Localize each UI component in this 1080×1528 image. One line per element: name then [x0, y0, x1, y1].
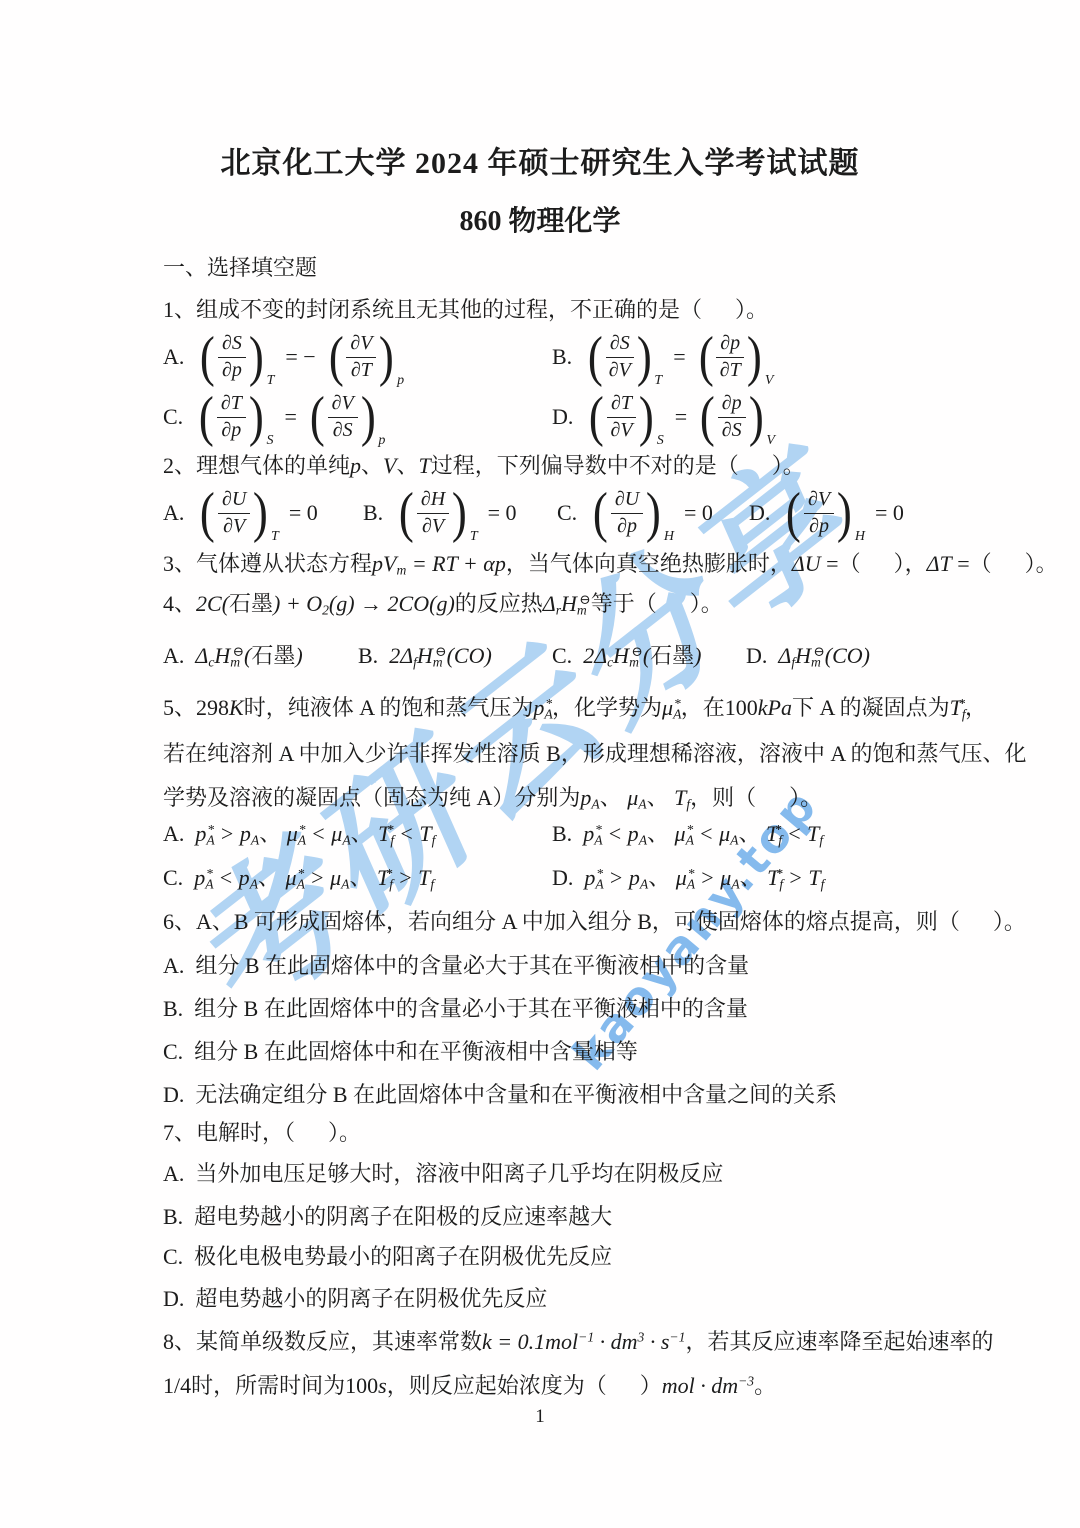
q5-option-d: D. pA* > pA、 μA* > μA、 Tf* > Tf: [552, 864, 824, 893]
q4-option-b: B. 2ΔfHm⊖(CO): [358, 642, 492, 671]
fraction: ∂p ∂T: [716, 332, 744, 382]
exam-page: 考研云分享 kaoyany.top 北京化工大学 2024 年硕士研究生入学考试…: [0, 0, 1080, 1528]
q7-option-d: D. 超电势越小的阴离子在阴极优先反应: [163, 1285, 547, 1314]
partial-derivative: ( ∂T ∂p ) S: [197, 392, 273, 442]
fraction: ∂V ∂S: [328, 392, 358, 442]
right-paren: ): [639, 395, 654, 440]
denominator: ∂V: [422, 514, 444, 539]
right-paren: ): [249, 395, 264, 440]
constraint-subscript: p: [397, 373, 404, 389]
constraint-subscript: H: [855, 529, 865, 545]
denominator: ∂V: [611, 418, 633, 443]
denominator: ∂V: [609, 358, 631, 383]
denominator: ∂S: [722, 418, 742, 443]
right-paren: ): [379, 335, 394, 380]
partial-derivative: ( ∂p ∂S ) V: [698, 392, 775, 442]
fraction: ∂p ∂S: [718, 392, 746, 442]
denominator: ∂T: [720, 358, 741, 383]
option-label: B.: [552, 344, 572, 370]
numerator: ∂S: [218, 332, 246, 358]
q1-option-a: A. ( ∂S ∂p ) T = − ( ∂V ∂T ) p: [163, 324, 404, 390]
numerator: ∂V: [346, 332, 376, 358]
q5-option-c: C. pA* < pA、 μA* > μA、 Tf* > Tf: [163, 864, 434, 893]
option-label: C.: [163, 404, 183, 430]
right-paren: ): [837, 491, 852, 536]
q2-option-b: B. ( ∂H ∂V ) T = 0: [363, 480, 517, 546]
denominator: ∂p: [617, 514, 637, 539]
q7-option-b: B. 超电势越小的阴离子在阳极的反应速率越大: [163, 1203, 612, 1232]
constraint-subscript: V: [766, 433, 775, 449]
denominator: ∂S: [333, 418, 353, 443]
partial-derivative: ( ∂U ∂p ) H: [591, 488, 674, 538]
constraint-subscript: S: [657, 433, 664, 449]
q6-option-a: A. 组分 B 在此固熔体中的含量必大于其在平衡液相中的含量: [163, 952, 749, 981]
left-paren: (: [200, 335, 215, 380]
partial-derivative: ( ∂p ∂T ) V: [697, 332, 774, 382]
q2-option-c: C. ( ∂U ∂p ) H = 0: [557, 480, 713, 546]
constraint-subscript: S: [267, 433, 274, 449]
equals-zero: = 0: [684, 500, 713, 526]
partial-derivative: ( ∂U ∂V ) T: [198, 488, 278, 538]
partial-derivative: ( ∂S ∂V ) T: [586, 332, 662, 382]
q4-option-c: C. 2ΔcHm⊖(石墨): [552, 642, 702, 671]
right-paren: ): [452, 491, 467, 536]
equals-sign: =: [285, 404, 297, 430]
q6-option-d: D. 无法确定组分 B 在此固熔体中含量和在平衡液相中含量之间的关系: [163, 1081, 837, 1110]
fraction: ∂H ∂V: [417, 488, 449, 538]
q5-option-b: B. pA* < pA、 μA* < μA、 Tf* < Tf: [552, 820, 823, 849]
partial-derivative: ( ∂V ∂T ) p: [327, 332, 404, 382]
q8-stem-line-2: 1/4时，所需时间为100s，则反应起始浓度为（ ）mol · dm−3。: [163, 1372, 776, 1401]
numerator: ∂T: [217, 392, 246, 418]
left-paren: (: [786, 491, 801, 536]
q6-option-b: B. 组分 B 在此固熔体中的含量必小于其在平衡液相中的含量: [163, 995, 748, 1024]
section-heading: 一、选择填空题: [163, 254, 317, 283]
option-label: A.: [163, 344, 184, 370]
numerator: ∂H: [417, 488, 449, 514]
fraction: ∂V ∂p: [804, 488, 834, 538]
fraction: ∂U ∂V: [218, 488, 250, 538]
q6-stem: 6、A、B 可形成固熔体，若向组分 A 中加入组分 B，可使固熔体的熔点提高，则…: [163, 908, 1026, 937]
equals-zero: = 0: [488, 500, 517, 526]
option-label: B.: [363, 500, 383, 526]
option-label: C.: [557, 500, 577, 526]
partial-derivative: ( ∂S ∂p ) T: [198, 332, 274, 382]
partial-derivative: ( ∂V ∂S ) p: [308, 392, 385, 442]
q5-option-a: A. pA* > pA、 μA* < μA、 Tf* < Tf: [163, 820, 435, 849]
fraction: ∂S ∂V: [606, 332, 634, 382]
q2-option-d: D. ( ∂V ∂p ) H = 0: [749, 480, 904, 546]
right-paren: ): [637, 335, 652, 380]
page-title: 北京化工大学 2024 年硕士研究生入学考试试题: [0, 138, 1080, 182]
left-paren: (: [310, 395, 325, 440]
q1-option-d: D. ( ∂T ∂V ) S = ( ∂p ∂S ) V: [552, 384, 775, 450]
left-paren: (: [199, 395, 214, 440]
partial-derivative: ( ∂V ∂p ) H: [784, 488, 865, 538]
equals-sign: =: [673, 344, 685, 370]
q4-option-d: D. ΔfHm⊖(CO): [746, 642, 870, 671]
numerator: ∂U: [611, 488, 643, 514]
option-label: D.: [552, 404, 573, 430]
numerator: ∂S: [606, 332, 634, 358]
q1-stem: 1、组成不变的封闭系统且无其他的过程，不正确的是（ ）。: [163, 296, 768, 325]
equals-sign: =: [675, 404, 687, 430]
constraint-subscript: p: [378, 433, 385, 449]
q5-stem-line-1: 5、298K时，纯液体 A 的饱和蒸气压为pA*，化学势为μA*，在100kPa…: [163, 694, 987, 723]
denominator: ∂p: [222, 358, 242, 383]
option-label: D.: [749, 500, 770, 526]
equals-zero: = 0: [289, 500, 318, 526]
q4-option-a: A. ΔcHm⊖(石墨): [163, 642, 303, 671]
q5-stem-line-2: 若在纯溶剂 A 中加入少许非挥发性溶质 B，形成理想稀溶液，溶液中 A 的饱和蒸…: [163, 740, 1027, 769]
q1-option-c: C. ( ∂T ∂p ) S = ( ∂V ∂S ) p: [163, 384, 385, 450]
constraint-subscript: T: [271, 529, 279, 545]
constraint-subscript: T: [470, 529, 478, 545]
right-paren: ): [747, 335, 762, 380]
left-paren: (: [329, 335, 344, 380]
q4-stem: 4、2C(石墨) + O2(g) → 2CO(g)的反应热ΔrHm⊖等于（ ）。: [163, 590, 723, 619]
denominator: ∂T: [351, 358, 372, 383]
left-paren: (: [698, 335, 713, 380]
fraction: ∂V ∂T: [346, 332, 376, 382]
fraction: ∂T ∂p: [217, 392, 246, 442]
option-label: A.: [163, 500, 184, 526]
right-paren: ): [361, 395, 376, 440]
q7-option-c: C. 极化电极电势最小的阳离子在阴极优先反应: [163, 1243, 612, 1272]
right-paren: ): [646, 491, 661, 536]
equals-zero: = 0: [875, 500, 904, 526]
q6-option-c: C. 组分 B 在此固熔体中和在平衡液相中含量相等: [163, 1038, 638, 1067]
fraction: ∂S ∂p: [218, 332, 246, 382]
q5-stem-line-3: 学势及溶液的凝固点（固态为纯 A）分别为pA、 μA、 Tf，则（ ）。: [163, 784, 822, 813]
page-number: 1: [0, 1406, 1080, 1428]
left-paren: (: [700, 395, 715, 440]
q3-stem: 3、气体遵从状态方程pVm = RT + αp，当气体向真空绝热膨胀时，ΔU =…: [163, 550, 1058, 579]
partial-derivative: ( ∂H ∂V ) T: [397, 488, 477, 538]
left-paren: (: [593, 491, 608, 536]
q7-option-a: A. 当外加电压足够大时，溶液中阳离子几乎均在阴极反应: [163, 1160, 723, 1189]
numerator: ∂V: [804, 488, 834, 514]
numerator: ∂V: [328, 392, 358, 418]
right-paren: ): [749, 395, 764, 440]
page-subtitle: 860 物理化学: [0, 199, 1080, 239]
fraction: ∂U ∂p: [611, 488, 643, 538]
left-paren: (: [399, 491, 414, 536]
fraction: ∂T ∂V: [607, 392, 636, 442]
partial-derivative: ( ∂T ∂V ) S: [587, 392, 663, 442]
q8-stem-line-1: 8、某简单级数反应，其速率常数k = 0.1mol−1 · dm3 · s−1，…: [163, 1328, 993, 1357]
q7-stem: 7、电解时，（ ）。: [163, 1119, 361, 1148]
numerator: ∂T: [607, 392, 636, 418]
numerator: ∂p: [716, 332, 744, 358]
q1-option-b: B. ( ∂S ∂V ) T = ( ∂p ∂T ) V: [552, 324, 773, 390]
left-paren: (: [588, 335, 603, 380]
right-paren: ): [249, 335, 264, 380]
constraint-subscript: H: [664, 529, 674, 545]
denominator: ∂p: [809, 514, 829, 539]
equals-sign: = −: [285, 344, 315, 370]
q2-stem: 2、理想气体的单纯p、V、T过程，下列偏导数中不对的是（ ）。: [163, 452, 805, 481]
right-paren: ): [253, 491, 268, 536]
left-paren: (: [589, 395, 604, 440]
numerator: ∂p: [718, 392, 746, 418]
q2-option-a: A. ( ∂U ∂V ) T = 0: [163, 480, 318, 546]
denominator: ∂V: [223, 514, 245, 539]
left-paren: (: [200, 491, 215, 536]
denominator: ∂p: [221, 418, 241, 443]
numerator: ∂U: [218, 488, 250, 514]
